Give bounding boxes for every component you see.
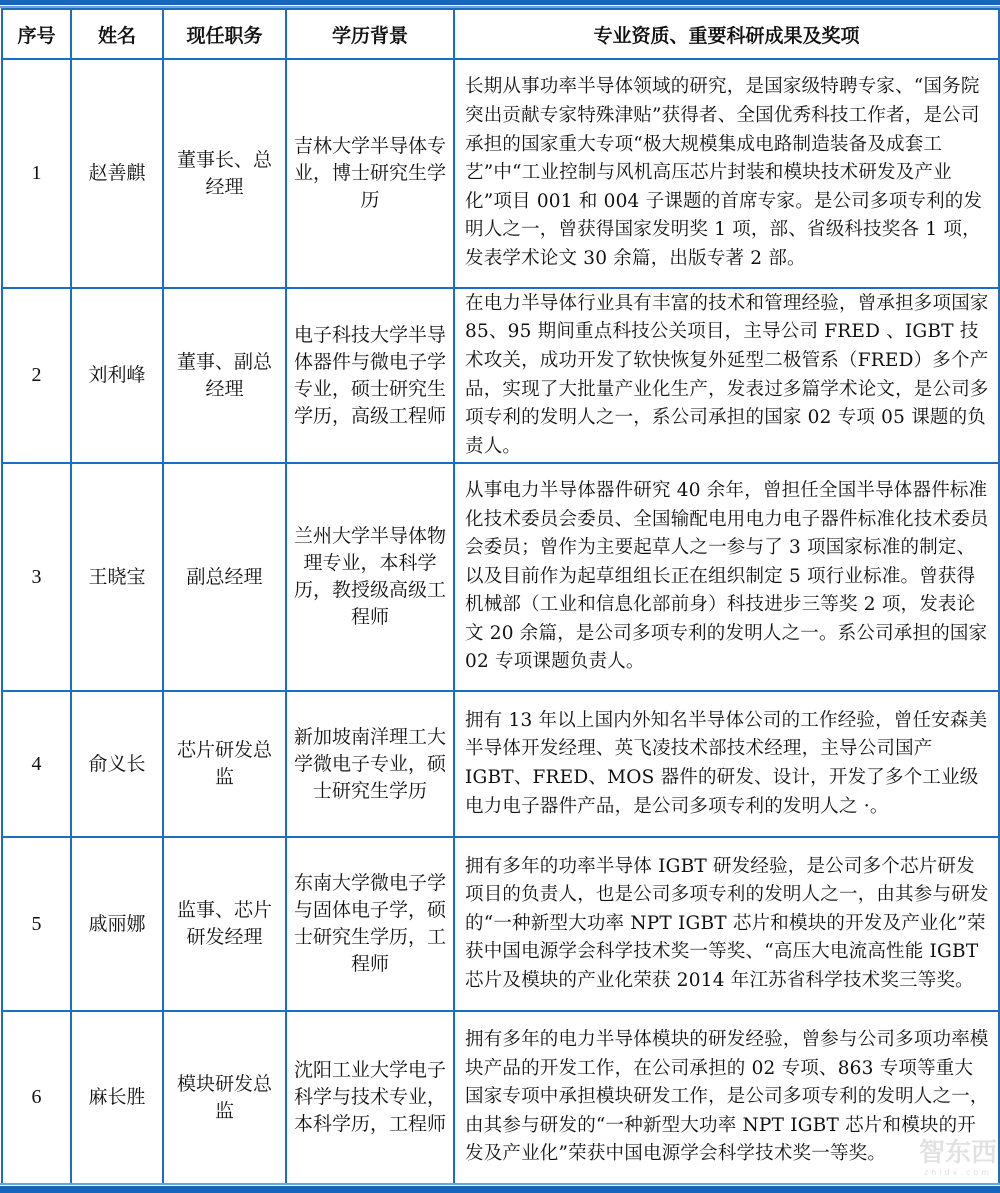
watermark-site: zhidx.com — [918, 1168, 998, 1178]
header-name: 姓名 — [71, 9, 163, 59]
core-technical-staff-table: 序号 姓名 现任职务 学历背景 专业资质、重要科研成果及奖项 1 赵善麒 董事长… — [1, 8, 1000, 1185]
cell-education: 兰州大学半导体物理专业，本科学历，教授级高级工程师 — [286, 463, 454, 691]
cell-index: 6 — [2, 1011, 71, 1184]
cell-name: 刘利峰 — [71, 288, 163, 463]
cell-name: 戚丽娜 — [71, 837, 163, 1011]
cell-index: 2 — [2, 288, 71, 463]
cell-achievements: 在电力半导体行业具有丰富的技术和管理经验，曾承担多项国家 85、95 期间重点科… — [454, 288, 999, 463]
cell-name: 俞义长 — [71, 691, 163, 837]
cell-education: 吉林大学半导体专业，博士研究生学历 — [286, 59, 454, 288]
header-index: 序号 — [2, 9, 71, 59]
cell-index: 4 — [2, 691, 71, 837]
cell-name: 赵善麒 — [71, 59, 163, 288]
cell-achievements: 长期从事功率半导体领域的研究，是国家级特聘专家、“国务院突出贡献专家特殊津贴”获… — [454, 59, 999, 288]
cell-education: 沈阳工业大学电子科学与技术专业，本科学历，工程师 — [286, 1011, 454, 1184]
cell-position: 董事、副总经理 — [163, 288, 286, 463]
header-row: 序号 姓名 现任职务 学历背景 专业资质、重要科研成果及奖项 — [2, 9, 999, 59]
cell-position: 董事长、总经理 — [163, 59, 286, 288]
header-education: 学历背景 — [286, 9, 454, 59]
cell-achievements: 从事电力半导体器件研究 40 余年，曾担任全国半导体器件标准化技术委员会委员、全… — [454, 463, 999, 691]
table-row: 3 王晓宝 副总经理 兰州大学半导体物理专业，本科学历，教授级高级工程师 从事电… — [2, 463, 999, 691]
table-row: 6 麻长胜 模块研发总监 沈阳工业大学电子科学与技术专业，本科学历，工程师 拥有… — [2, 1011, 999, 1184]
watermark: 智东西 zhidx.com — [918, 1138, 998, 1182]
cell-position: 模块研发总监 — [163, 1011, 286, 1184]
table-row: 1 赵善麒 董事长、总经理 吉林大学半导体专业，博士研究生学历 长期从事功率半导… — [2, 59, 999, 288]
cell-education: 东南大学微电子学与固体电子学，硕士研究生学历，工程师 — [286, 837, 454, 1011]
table-row: 2 刘利峰 董事、副总经理 电子科技大学半导体器件与微电子学专业，硕士研究生学历… — [2, 288, 999, 463]
cell-position: 芯片研发总监 — [163, 691, 286, 837]
cell-index: 5 — [2, 837, 71, 1011]
table-row: 4 俞义长 芯片研发总监 新加坡南洋理工大学微电子专业，硕士研究生学历 拥有 1… — [2, 691, 999, 837]
table-row: 5 戚丽娜 监事、芯片研发经理 东南大学微电子学与固体电子学，硕士研究生学历，工… — [2, 837, 999, 1011]
bottom-border-bar — [0, 1186, 1000, 1193]
cell-index: 3 — [2, 463, 71, 691]
cell-name: 王晓宝 — [71, 463, 163, 691]
top-border-bar — [0, 0, 1000, 5]
cell-position: 监事、芯片研发经理 — [163, 837, 286, 1011]
cell-achievements: 拥有多年的功率半导体 IGBT 研发经验，是公司多个芯片研发项目的负责人，也是公… — [454, 837, 999, 1011]
cell-position: 副总经理 — [163, 463, 286, 691]
header-position: 现任职务 — [163, 9, 286, 59]
cell-education: 电子科技大学半导体器件与微电子学专业，硕士研究生学历，高级工程师 — [286, 288, 454, 463]
cell-education: 新加坡南洋理工大学微电子专业，硕士研究生学历 — [286, 691, 454, 837]
cell-achievements: 拥有 13 年以上国内外知名半导体公司的工作经验，曾任安森美半导体开发经理、英飞… — [454, 691, 999, 837]
watermark-logo: 智东西 — [919, 1138, 997, 1168]
cell-index: 1 — [2, 59, 71, 288]
cell-name: 麻长胜 — [71, 1011, 163, 1184]
bottom-border-line — [0, 1183, 1000, 1185]
header-achievements: 专业资质、重要科研成果及奖项 — [454, 9, 999, 59]
